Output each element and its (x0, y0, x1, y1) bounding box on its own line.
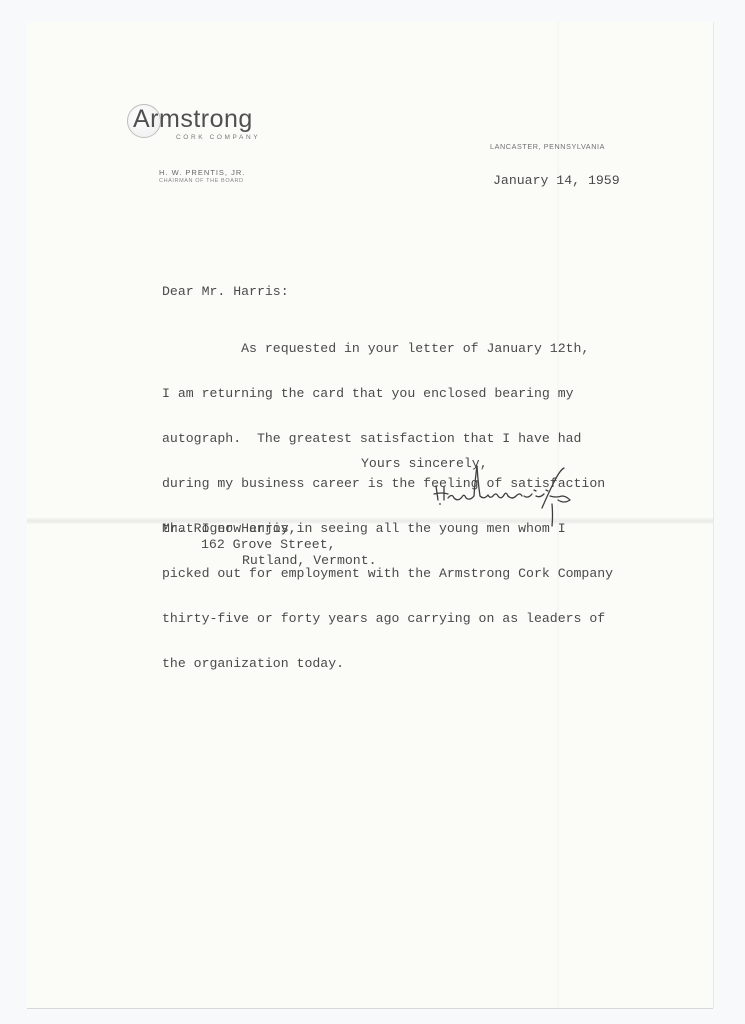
recipient-name: Mr. Roger Harris, (162, 521, 297, 536)
body-line: autograph. The greatest satisfaction tha… (162, 431, 613, 446)
recipient-street: 162 Grove Street, (201, 537, 336, 552)
recipient-city: Rutland, Vermont. (242, 553, 377, 568)
body-line: I am returning the card that you enclose… (162, 386, 613, 401)
body-line: As requested in your letter of January 1… (162, 341, 613, 356)
body-line: thirty-five or forty years ago carrying … (162, 611, 613, 626)
letter-date: January 14, 1959 (493, 173, 620, 188)
company-subtitle: CORK COMPANY (176, 134, 260, 141)
letterhead-location: LANCASTER, PENNSYLVANIA (490, 142, 605, 151)
executive-name: H. W. PRENTIS, JR. (159, 168, 245, 177)
body-line: picked out for employment with the Armst… (162, 566, 613, 581)
company-name: Armstrong (133, 105, 253, 134)
handwritten-signature (430, 460, 590, 535)
body-line: the organization today. (162, 656, 613, 671)
executive-title: CHAIRMAN OF THE BOARD (159, 178, 244, 184)
salutation: Dear Mr. Harris: (162, 284, 289, 299)
